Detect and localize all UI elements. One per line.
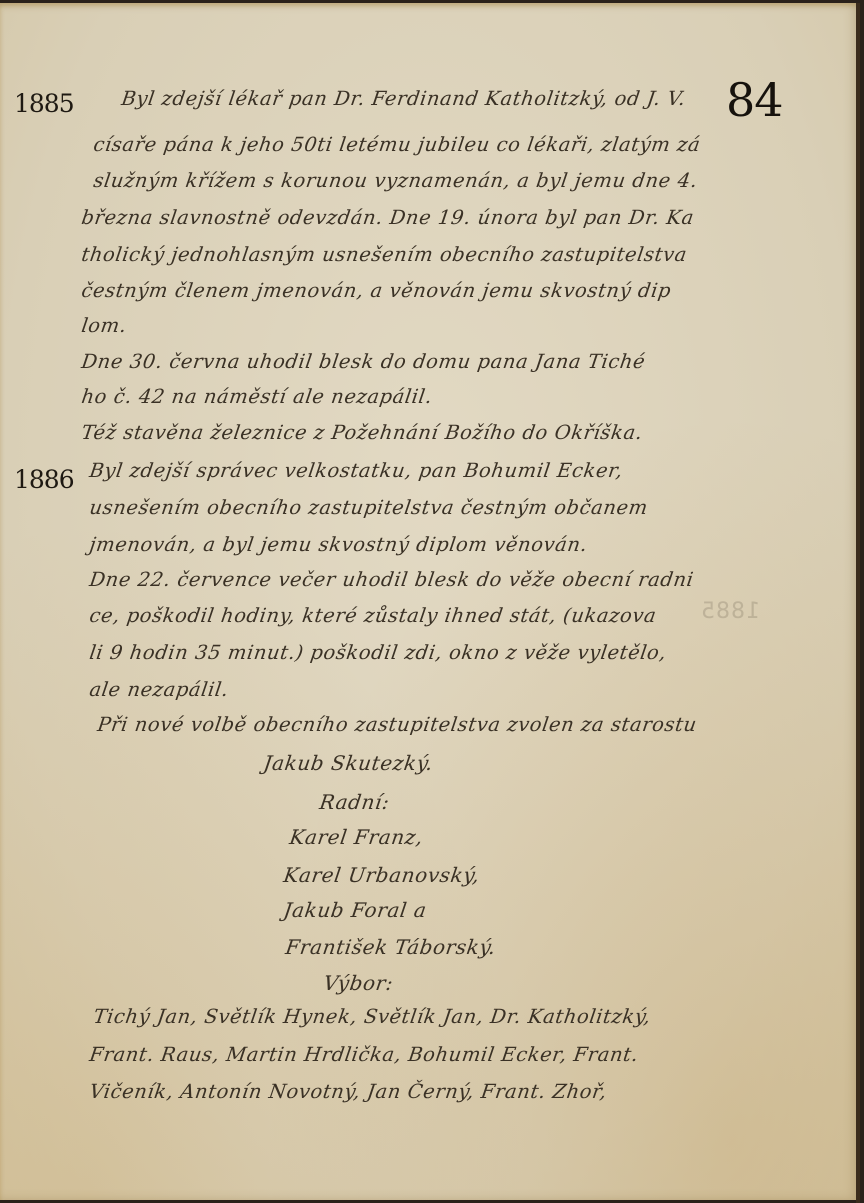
councillor-name: Karel Urbanovský, [282, 863, 481, 887]
chronicle-page: 84 1885 1885 Byl zdejší lékař pan Dr. Fe… [0, 3, 860, 1200]
year-1885: 1885 [14, 89, 74, 118]
committee-line: Tichý Jan, Světlík Hynek, Světlík Jan, D… [92, 1005, 652, 1028]
text-line: Při nové volbě obecního zastupitelstva z… [96, 713, 698, 736]
book-edge [856, 3, 860, 1200]
mayor-name: Jakub Skutezký. [262, 751, 435, 775]
text-line: března slavnostně odevzdán. Dne 19. únor… [80, 206, 696, 229]
text-line: li 9 hodin 35 minut.) poškodil zdi, okno… [88, 641, 668, 664]
councillor-name: František Táborský. [284, 935, 498, 959]
text-line: Též stavěna železnice z Požehnání Božího… [80, 421, 644, 444]
text-line: ce, poškodil hodiny, které zůstaly ihned… [88, 604, 658, 627]
committee-line: Vičeník, Antonín Novotný, Jan Černý, Fra… [88, 1080, 608, 1103]
text-line: služným křížem s korunou vyznamenán, a b… [92, 169, 699, 192]
text-line: ale nezapálil. [88, 678, 230, 701]
text-line: čestným členem jmenován, a věnován jemu … [80, 279, 673, 302]
councillors-heading: Radní: [318, 790, 391, 814]
page-number: 84 [726, 73, 783, 127]
text-line: Byl zdejší správec velkostatku, pan Bohu… [88, 459, 624, 482]
text-line: tholický jednohlasným usnešením obecního… [80, 243, 689, 266]
councillor-name: Jakub Foral a [282, 898, 428, 922]
text-line: císaře pána k jeho 50ti letému jubileu c… [92, 133, 702, 156]
text-line: Dne 30. června uhodil blesk do domu pana… [80, 350, 647, 373]
text-line: usnešením obecního zastupitelstva čestný… [88, 496, 650, 519]
bleed-through-mark: 1885 [700, 599, 760, 624]
text-line: Dne 22. července večer uhodil blesk do v… [88, 568, 695, 591]
committee-heading: Výbor: [322, 971, 395, 995]
text-line: lom. [80, 314, 128, 337]
year-1886: 1886 [14, 465, 74, 494]
committee-line: Frant. Raus, Martin Hrdlička, Bohumil Ec… [88, 1043, 640, 1066]
text-line: jmenován, a byl jemu skvostný diplom věn… [88, 533, 589, 556]
text-line: ho č. 42 na náměstí ale nezapálil. [80, 385, 434, 408]
text-line: Byl zdejší lékař pan Dr. Ferdinand Katho… [120, 87, 687, 110]
councillor-name: Karel Franz, [288, 825, 425, 849]
